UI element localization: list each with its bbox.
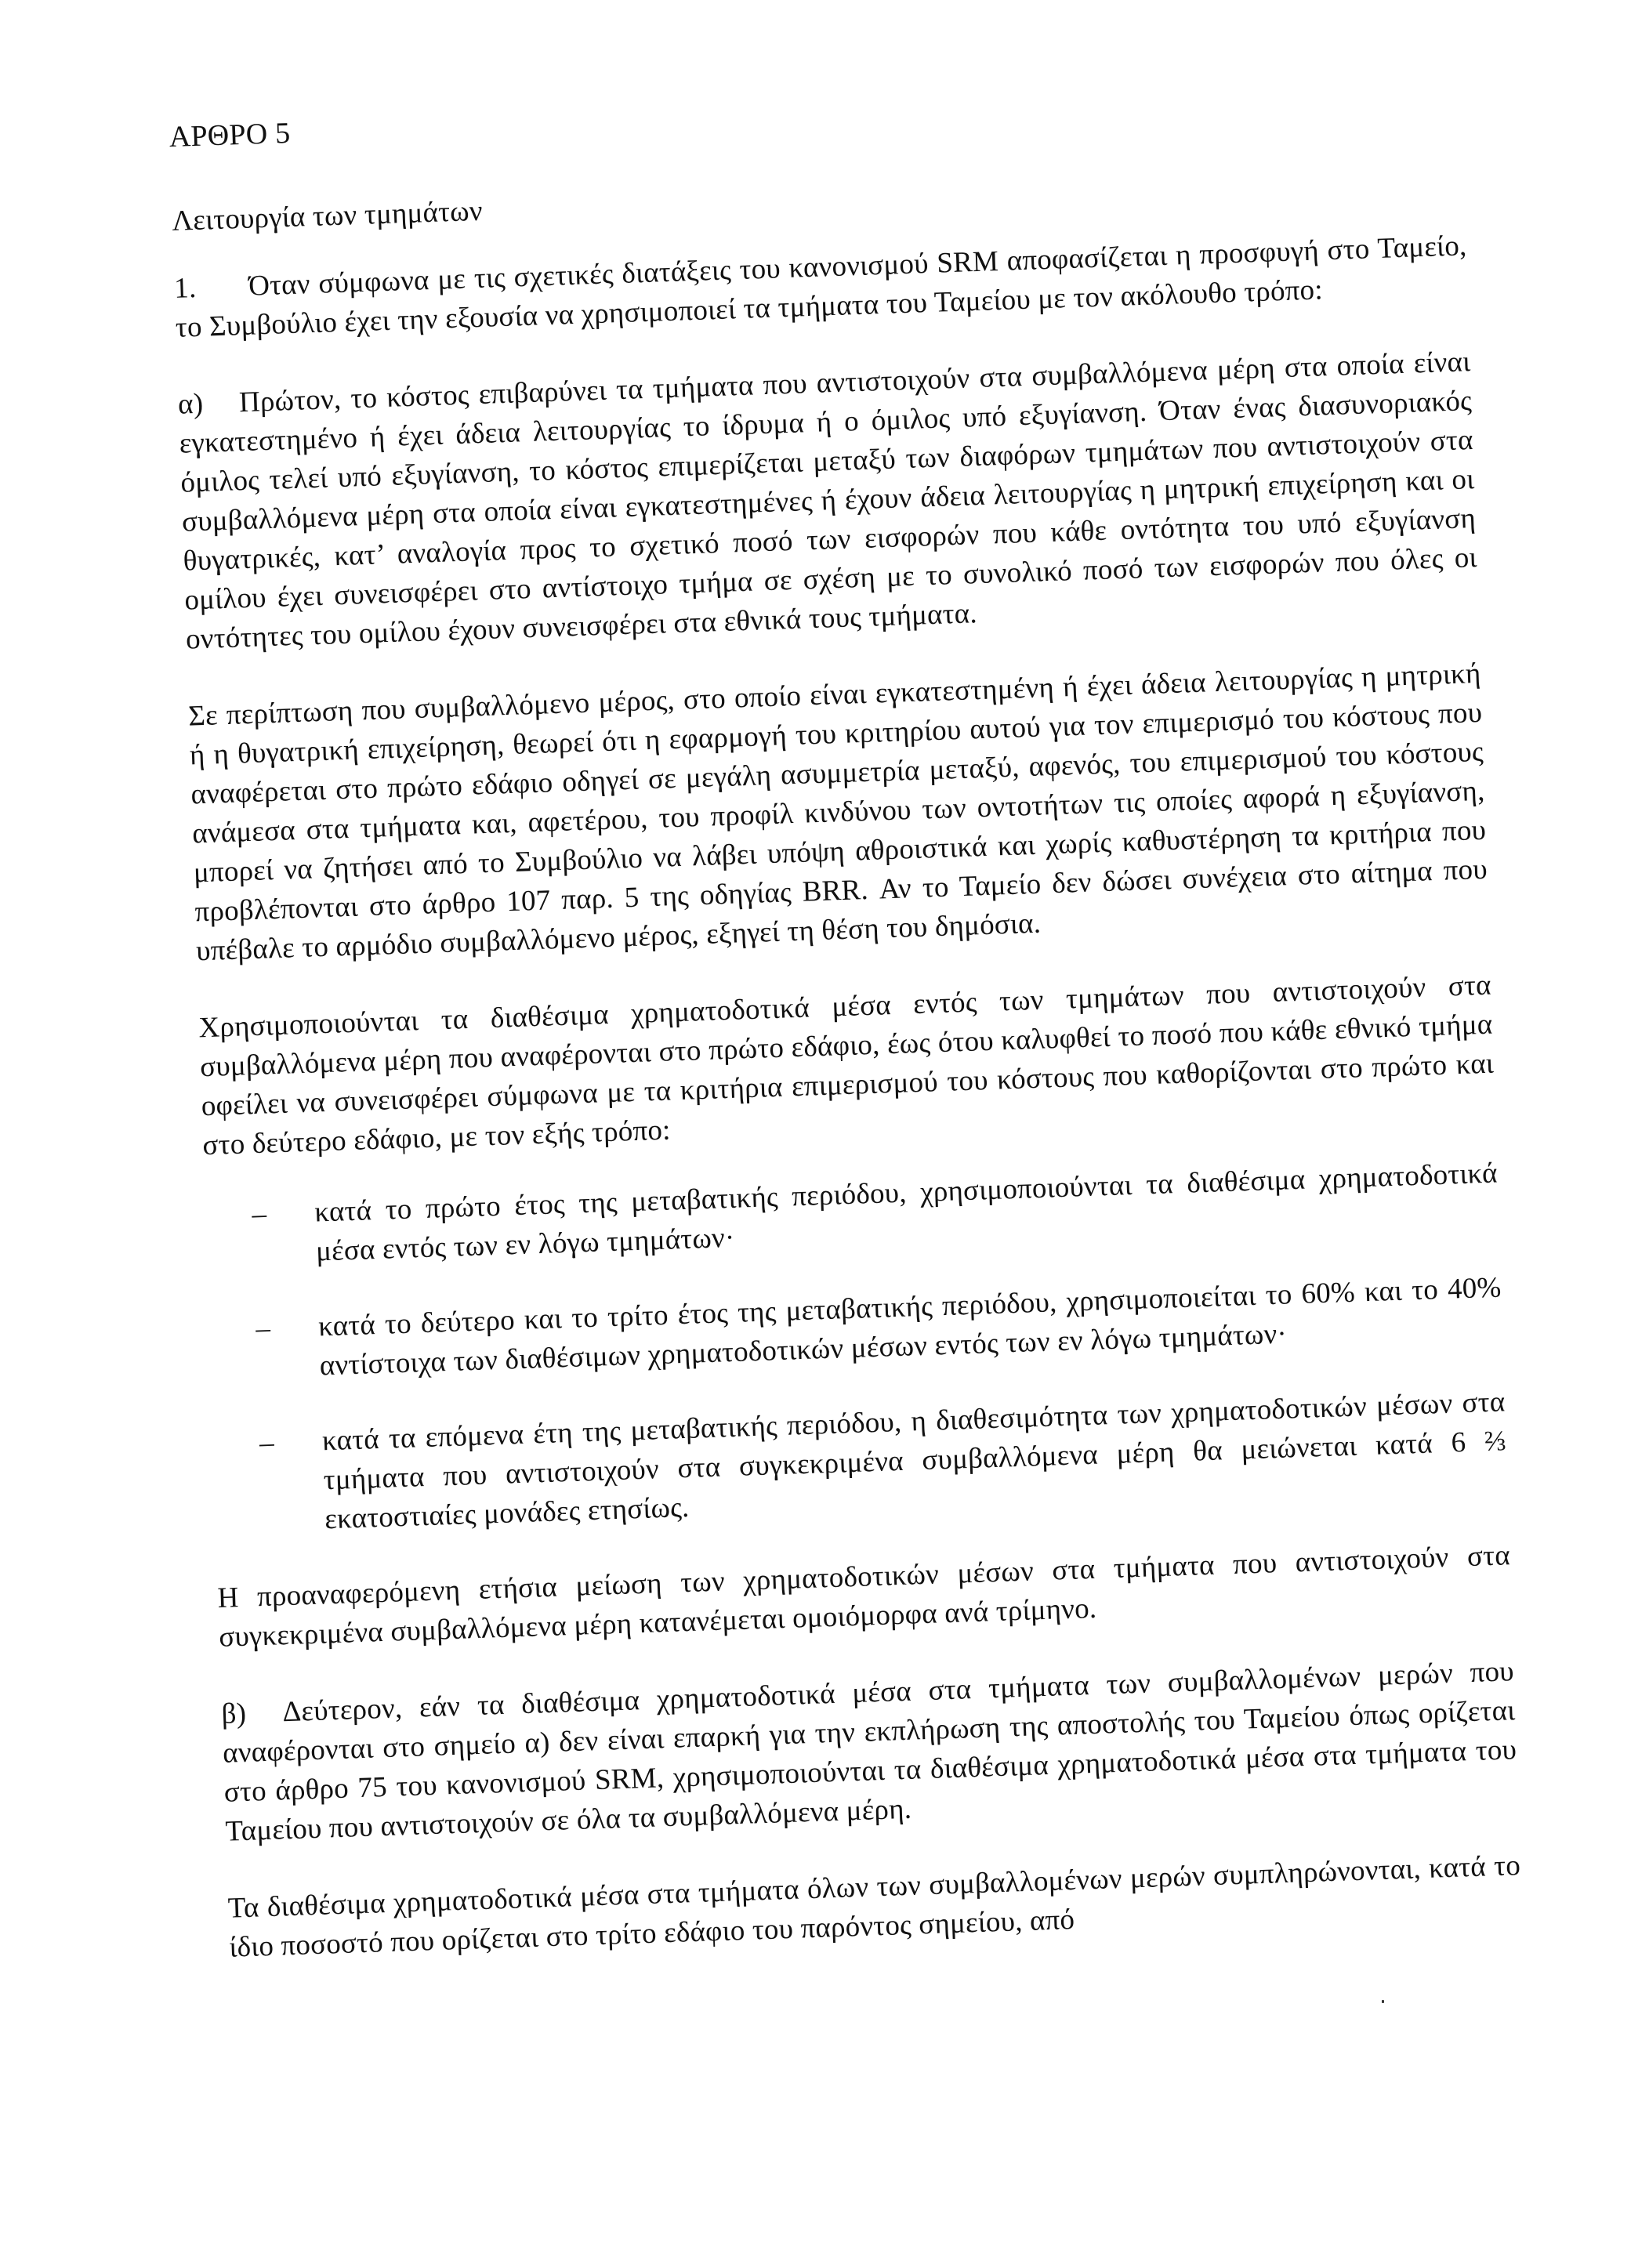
- paragraph-replenish: Τα διαθέσιμα χρηματοδοτικά μέσα στα τμήμ…: [227, 1846, 1522, 1968]
- transition-period-list: – κατά το πρώτο έτος της μεταβατικής περ…: [205, 1154, 1509, 1543]
- point-b-text: Δεύτερον, εάν τα διαθέσιμα χρηματοδοτικά…: [223, 1655, 1517, 1848]
- dash-bullet-icon: –: [252, 1195, 267, 1235]
- paragraph-annual-reduction: Η προαναφερόμενη ετήσια μείωση των χρημα…: [217, 1536, 1512, 1658]
- list-item: – κατά το πρώτο έτος της μεταβατικής περ…: [205, 1154, 1499, 1276]
- paragraph-funds-used: Χρησιμοποιούνται τα διαθέσιμα χρηματοδοτ…: [198, 966, 1496, 1166]
- point-a-label: α): [177, 383, 240, 425]
- dash-bullet-icon: –: [255, 1310, 270, 1350]
- point-a: α)Πρώτον, το κόστος επιβαρύνει τα τμήματ…: [177, 342, 1479, 660]
- paragraph-asymmetry: Σε περίπτωση που συμβαλλόμενο μέρος, στο…: [188, 654, 1490, 972]
- article-subtitle: Λειτουργία των τμημάτων: [172, 159, 1466, 241]
- document-body: ΑΡΘΡΟ 5 Λειτουργία των τμημάτων 1.Όταν σ…: [169, 74, 1524, 2005]
- scanned-page: ΑΡΘΡΟ 5 Λειτουργία των τμημάτων 1.Όταν σ…: [0, 0, 1649, 2268]
- list-item: – κατά τα επόμενα έτη της μεταβατικής πε…: [212, 1382, 1508, 1543]
- list-item-text: κατά το δεύτερο και το τρίτο έτος της με…: [318, 1271, 1502, 1382]
- point-b-label: β): [221, 1693, 284, 1734]
- dash-bullet-icon: –: [259, 1423, 274, 1463]
- list-item-text: κατά το πρώτο έτος της μεταβατικής περιό…: [314, 1158, 1499, 1268]
- article-heading: ΑΡΘΡΟ 5: [169, 74, 1462, 157]
- list-item-text: κατά τα επόμενα έτη της μεταβατικής περι…: [321, 1386, 1506, 1535]
- point-a-text: Πρώτον, το κόστος επιβαρύνει τα τμήματα …: [179, 346, 1477, 656]
- point-b: β)Δεύτερον, εάν τα διαθέσιμα χρηματοδοτι…: [221, 1652, 1519, 1852]
- paragraph-number: 1.: [173, 267, 249, 309]
- scan-artifact-dot: [1382, 2000, 1384, 2003]
- paragraph-1-text: Όταν σύμφωνα με τις σχετικές διατάξεις τ…: [175, 230, 1467, 344]
- paragraph-1: 1.Όταν σύμφωνα με τις σχετικές διατάξεις…: [173, 226, 1468, 348]
- list-item: – κατά το δεύτερο και το τρίτο έτος της …: [208, 1268, 1503, 1389]
